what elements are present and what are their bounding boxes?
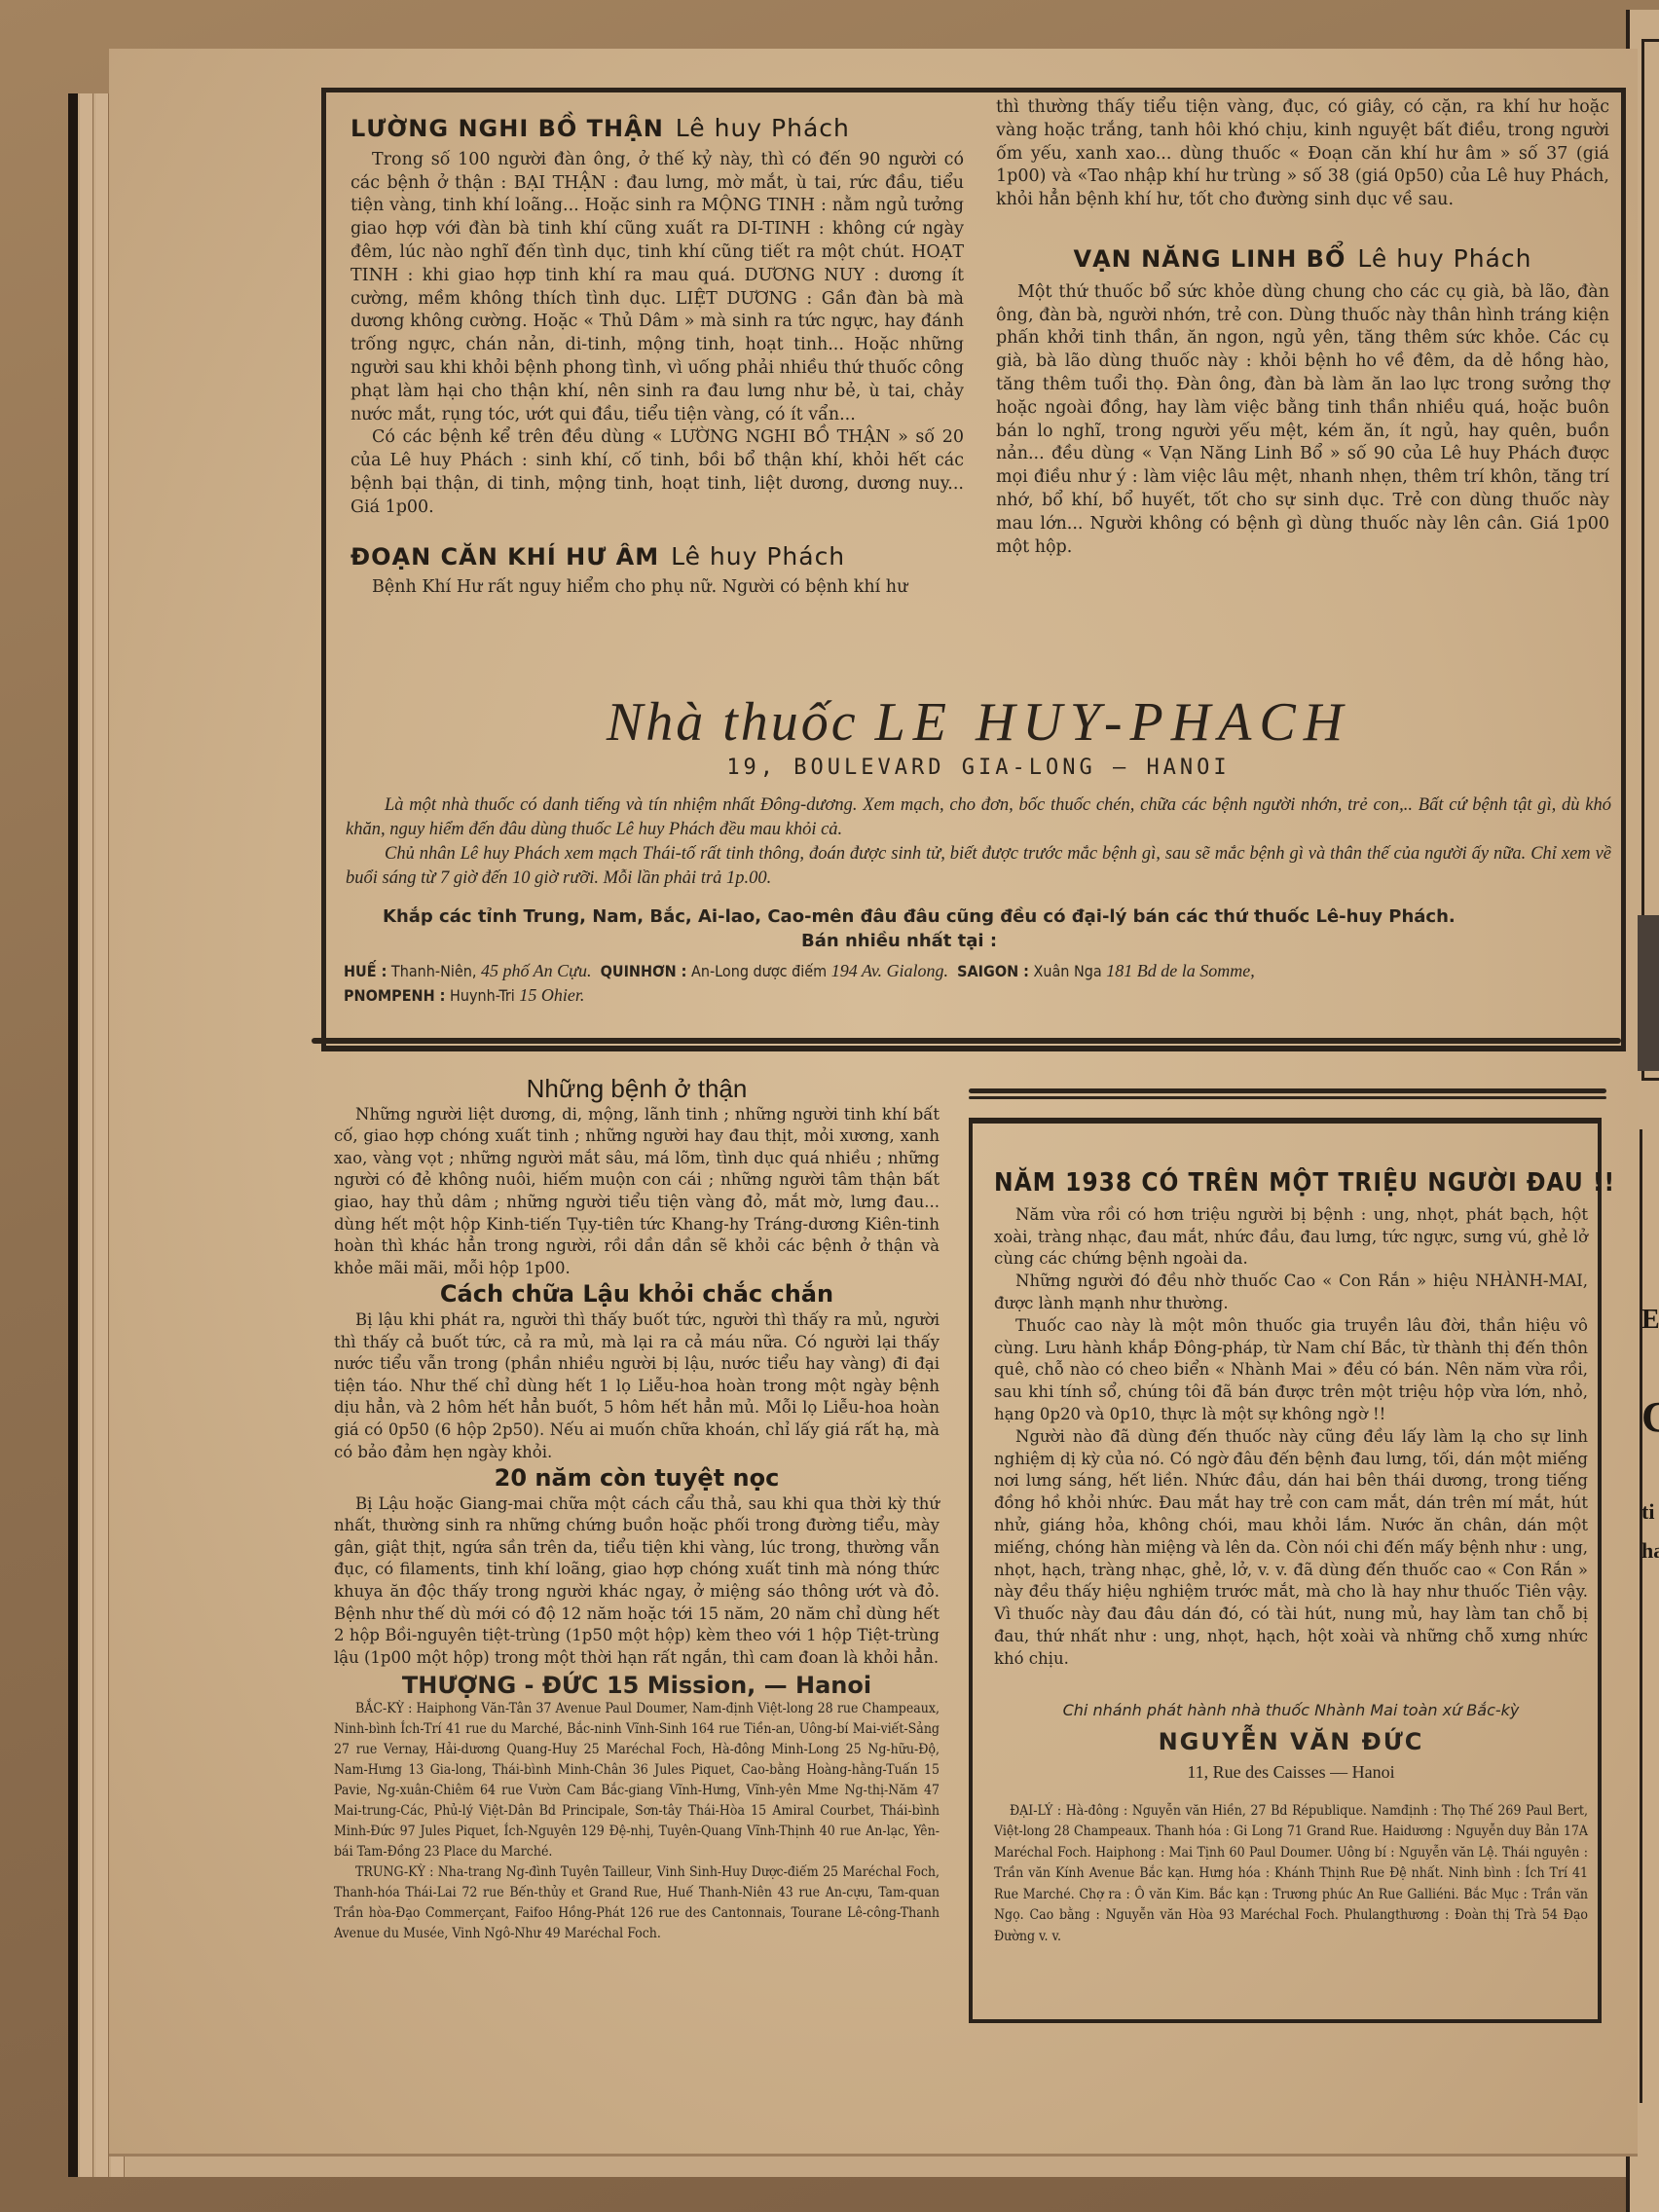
lower-left-column: Những bệnh ở thận Những người liệt dương…	[334, 1074, 940, 1944]
ad-paragraph: Bệnh Khí Hư rất nguy hiểm cho phụ nữ. Ng…	[350, 576, 964, 600]
ad-paragraph: Những người đó đều nhờ thuốc Cao « Con R…	[994, 1271, 1588, 1315]
column-divider	[969, 1088, 1606, 1093]
le-huy-phach-ad: LƯỜNG NGHI BỒ THẬNLê huy Phách Trong số …	[321, 88, 1626, 1051]
ad-heading-text: VẠN NĂNG LINH BỔ	[1074, 245, 1346, 273]
facing-fragment: ti	[1641, 1499, 1654, 1525]
dealer-list-bac-ky: BẮC-KỲ : Haiphong Văn-Tân 37 Avenue Paul…	[334, 1699, 940, 1862]
ad-column-right: thì thường thấy tiểu tiện vàng, đục, có …	[996, 96, 1609, 559]
branch-line: Chi nhánh phát hành nhà thuốc Nhành Mai …	[994, 1700, 1588, 1722]
pharmacy-desc-paragraph: Chủ nhân Lê huy Phách xem mạch Thái-tố r…	[346, 842, 1611, 891]
facing-fragment: C	[1641, 1392, 1659, 1442]
section-heading: 20 năm còn tuyệt nọc	[334, 1467, 940, 1490]
pharmacy-desc-paragraph: Là một nhà thuốc có danh tiếng và tín nh…	[346, 793, 1611, 842]
facing-fragment: ha	[1641, 1538, 1659, 1564]
branch-list: HUẾ : Thanh-Niên, 45 phố An Cựu. QUINHƠN…	[344, 959, 1609, 1008]
ad-heading-van-nang: VẠN NĂNG LINH BỔLê huy Phách	[996, 247, 1609, 272]
section-paragraph: Bị Lậu hoặc Giang-mai chữa một cách cẩu …	[334, 1493, 940, 1670]
agent-address: 11, Rue des Caisses — Hanoi	[994, 1761, 1588, 1784]
ad-paragraph: thì thường thấy tiểu tiện vàng, đục, có …	[996, 96, 1609, 212]
ad-heading-luong-nghi: LƯỜNG NGHI BỒ THẬNLê huy Phách	[350, 117, 964, 141]
ad-author: Lê huy Phách	[676, 114, 850, 142]
section-paragraph: Những người liệt dương, di, mộng, lãnh t…	[334, 1104, 940, 1280]
ad-paragraph: Một thứ thuốc bổ sức khỏe dùng chung cho…	[996, 281, 1609, 560]
dealer-list: ĐẠI-LÝ : Hà-đông : Nguyễn văn Hiền, 27 B…	[994, 1801, 1588, 1948]
shop-heading: THƯỢNG - ĐỨC 15 Mission, — Hanoi	[334, 1675, 940, 1697]
section-paragraph: Bị lậu khi phát ra, người thì thấy buốt …	[334, 1309, 940, 1463]
nhanh-mai-ad: NĂM 1938 CÓ TRÊN MỘT TRIỆU NGƯỜI ĐAU !! …	[969, 1118, 1602, 2023]
pharmacy-name-prefix: Nhà thuốc	[607, 692, 859, 753]
section-heading: Cách chữa Lậu khỏi chắc chắn	[334, 1283, 940, 1306]
branch-entry: SAIGON : Xuân Nga 181 Bd de la Somme,	[957, 962, 1255, 980]
best-sellers-label: Bán nhiều nhất tại :	[801, 929, 997, 953]
ad-heading-text: LƯỜNG NGHI BỒ THẬN	[350, 115, 664, 142]
pharmacy-masthead: Nhà thuốc LE HUY-PHACH 19, BOULEVARD GIA…	[346, 691, 1611, 780]
ad-paragraph: Thuốc cao này là một môn thuốc gia truyề…	[994, 1315, 1588, 1426]
pharmacy-name: Nhà thuốc LE HUY-PHACH	[346, 691, 1611, 754]
ad-paragraph: Trong số 100 người đàn ông, ở thế kỷ này…	[350, 149, 964, 427]
ad-author: Lê huy Phách	[671, 542, 845, 571]
dealer-list-trung-ky: TRUNG-KỲ : Nha-trang Ng-đình Tuyên Taill…	[334, 1862, 940, 1944]
pharmacy-name-main: LE HUY-PHACH	[875, 692, 1351, 753]
ad-paragraph: Năm vừa rồi có hơn triệu người bị bệnh :…	[994, 1204, 1588, 1271]
ad-heading-doan-can: ĐOẠN CĂN KHÍ HƯ ÂMLê huy Phách	[350, 545, 964, 570]
facing-frame-lower	[1640, 1129, 1659, 2103]
branch-entry: PNOMPENH : Huynh-Tri 15 Ohier.	[344, 986, 584, 1005]
pharmacy-agents: Khắp các tỉnh Trung, Nam, Bắc, Ai-lao, C…	[344, 904, 1609, 1008]
ad-heading-text: ĐOẠN CĂN KHÍ HƯ ÂM	[350, 543, 659, 571]
page-edge	[95, 93, 109, 2177]
dealer-paragraph: ĐẠI-LÝ : Hà-đông : Nguyễn văn Hiền, 27 B…	[994, 1801, 1588, 1948]
nhanh-mai-ad-content: NĂM 1938 CÓ TRÊN MỘT TRIỆU NGƯỜI ĐAU !! …	[994, 1172, 1588, 1947]
ad-paragraph: Có các bệnh kể trên đều dùng « LƯỜNG NGH…	[350, 426, 964, 519]
branch-entry: QUINHƠN : An-Long dược điếm 194 Av. Gial…	[601, 962, 948, 980]
ad-column-left: LƯỜNG NGHI BỒ THẬNLê huy Phách Trong số …	[350, 117, 964, 600]
ad-headline: NĂM 1938 CÓ TRÊN MỘT TRIỆU NGƯỜI ĐAU !!	[994, 1172, 1588, 1195]
ad-author: Lê huy Phách	[1357, 244, 1531, 273]
agent-name: NGUYỄN VĂN ĐỨC	[994, 1731, 1588, 1753]
section-heading: Những bệnh ở thận	[334, 1078, 940, 1100]
branch-entry: HUẾ : Thanh-Niên, 45 phố An Cựu.	[344, 962, 592, 980]
ad-paragraph: Người nào đã dùng đến thuốc này cũng đều…	[994, 1426, 1588, 1671]
facing-fragment: E	[1641, 1305, 1659, 1336]
column-divider	[969, 1096, 1606, 1099]
agents-lead: Khắp các tỉnh Trung, Nam, Bắc, Ai-lao, C…	[344, 904, 1609, 929]
section-divider	[312, 1038, 1621, 1044]
pharmacy-address: 19, BOULEVARD GIA-LONG – HANOI	[346, 756, 1611, 780]
page-edge	[80, 93, 93, 2177]
pharmacy-description: Là một nhà thuốc có danh tiếng và tín nh…	[346, 793, 1611, 891]
facing-dark-block	[1636, 915, 1659, 1071]
